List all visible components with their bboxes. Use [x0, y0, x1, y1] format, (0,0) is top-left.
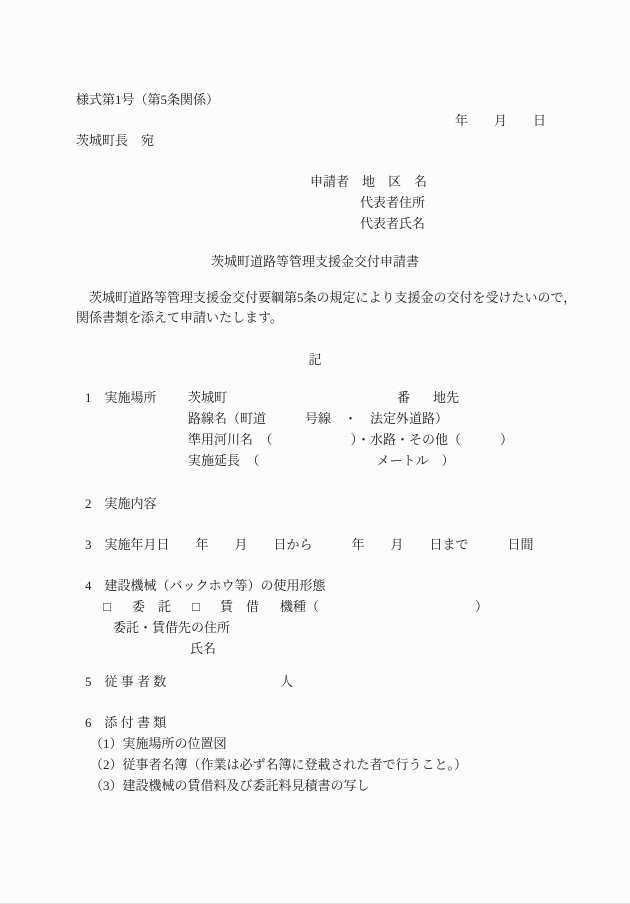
machine-type-field: 機種（ ） — [280, 597, 488, 617]
section-6-heading: 6 添 付 書 類 — [85, 713, 166, 733]
attachment-item-1: （1）実施場所の位置図 — [90, 734, 227, 754]
section-1-lot-number-label: 番 — [397, 388, 410, 408]
attachment-item-2: （2）従事者名簿（作業は必ず名簿に登載された者で行うこと。） — [90, 755, 467, 775]
section-1-location-row: 1 実施場所 茨城町 番 地先 — [0, 388, 630, 408]
form-number: 様式第1号（第5条関係） — [76, 90, 219, 110]
attachment-item-3: （3）建設機械の賃借料及び委託料見積書の写し — [90, 776, 370, 796]
section-1-length-line: 実施延長 （ メートル ） — [188, 451, 455, 471]
contractor-address-label: 委託・賃借先の住所 — [113, 618, 230, 638]
section-3-heading: 3 実施年月日 年 月 日から 年 月 日まで 日間 — [85, 535, 534, 555]
section-1-river-line: 準用河川名 （ ）・水路・その他（ ） — [188, 430, 513, 450]
document-page: 様式第1号（第5条関係） 年 月 日 茨城町長 宛 申請者 地 区 名 代表者住… — [0, 0, 630, 904]
representative-name-label: 代表者氏名 — [360, 214, 425, 234]
applicant-heading: 申請者 地 区 名 — [310, 172, 427, 192]
section-4-usage-row: □ 委 託 □ 賃 借 機種（ ） — [0, 597, 630, 617]
addressee: 茨城町長 宛 — [76, 131, 154, 151]
section-4-heading: 4 建設機械（バックホウ等）の使用形態 — [85, 576, 326, 596]
section-1-town: 茨城町 — [188, 388, 227, 408]
body-paragraph-line-1: 茨城町道路等管理支援金交付要綱第5条の規定により支援金の交付を受けたいので， — [76, 288, 576, 308]
checkbox-lease-label: 賃 借 — [220, 597, 259, 617]
checkbox-consignment-label: 委 託 — [132, 597, 171, 617]
date-line: 年 月 日 — [455, 111, 546, 131]
body-paragraph-line-2: 関係書類を添えて申請いたします。 — [76, 308, 283, 328]
section-5-unit-label: 人 — [280, 672, 293, 692]
section-5-workers-row: 5 従 事 者 数 人 — [0, 672, 630, 692]
contractor-name-label: 氏名 — [190, 639, 216, 659]
checkbox-lease-icon: □ — [192, 597, 200, 617]
document-title: 茨城町道路等管理支援金交付申請書 — [0, 252, 630, 272]
section-1-vicinity-label: 地先 — [433, 388, 459, 408]
section-2-heading: 2 実施内容 — [85, 494, 157, 514]
checkbox-consignment-icon: □ — [103, 597, 111, 617]
record-marker: 記 — [0, 350, 630, 370]
section-5-heading: 5 従 事 者 数 — [85, 672, 166, 692]
section-1-heading: 1 実施場所 — [85, 388, 157, 408]
section-1-route-line: 路線名（町道 号線 ・ 法定外道路） — [188, 409, 448, 429]
representative-address-label: 代表者住所 — [360, 193, 425, 213]
